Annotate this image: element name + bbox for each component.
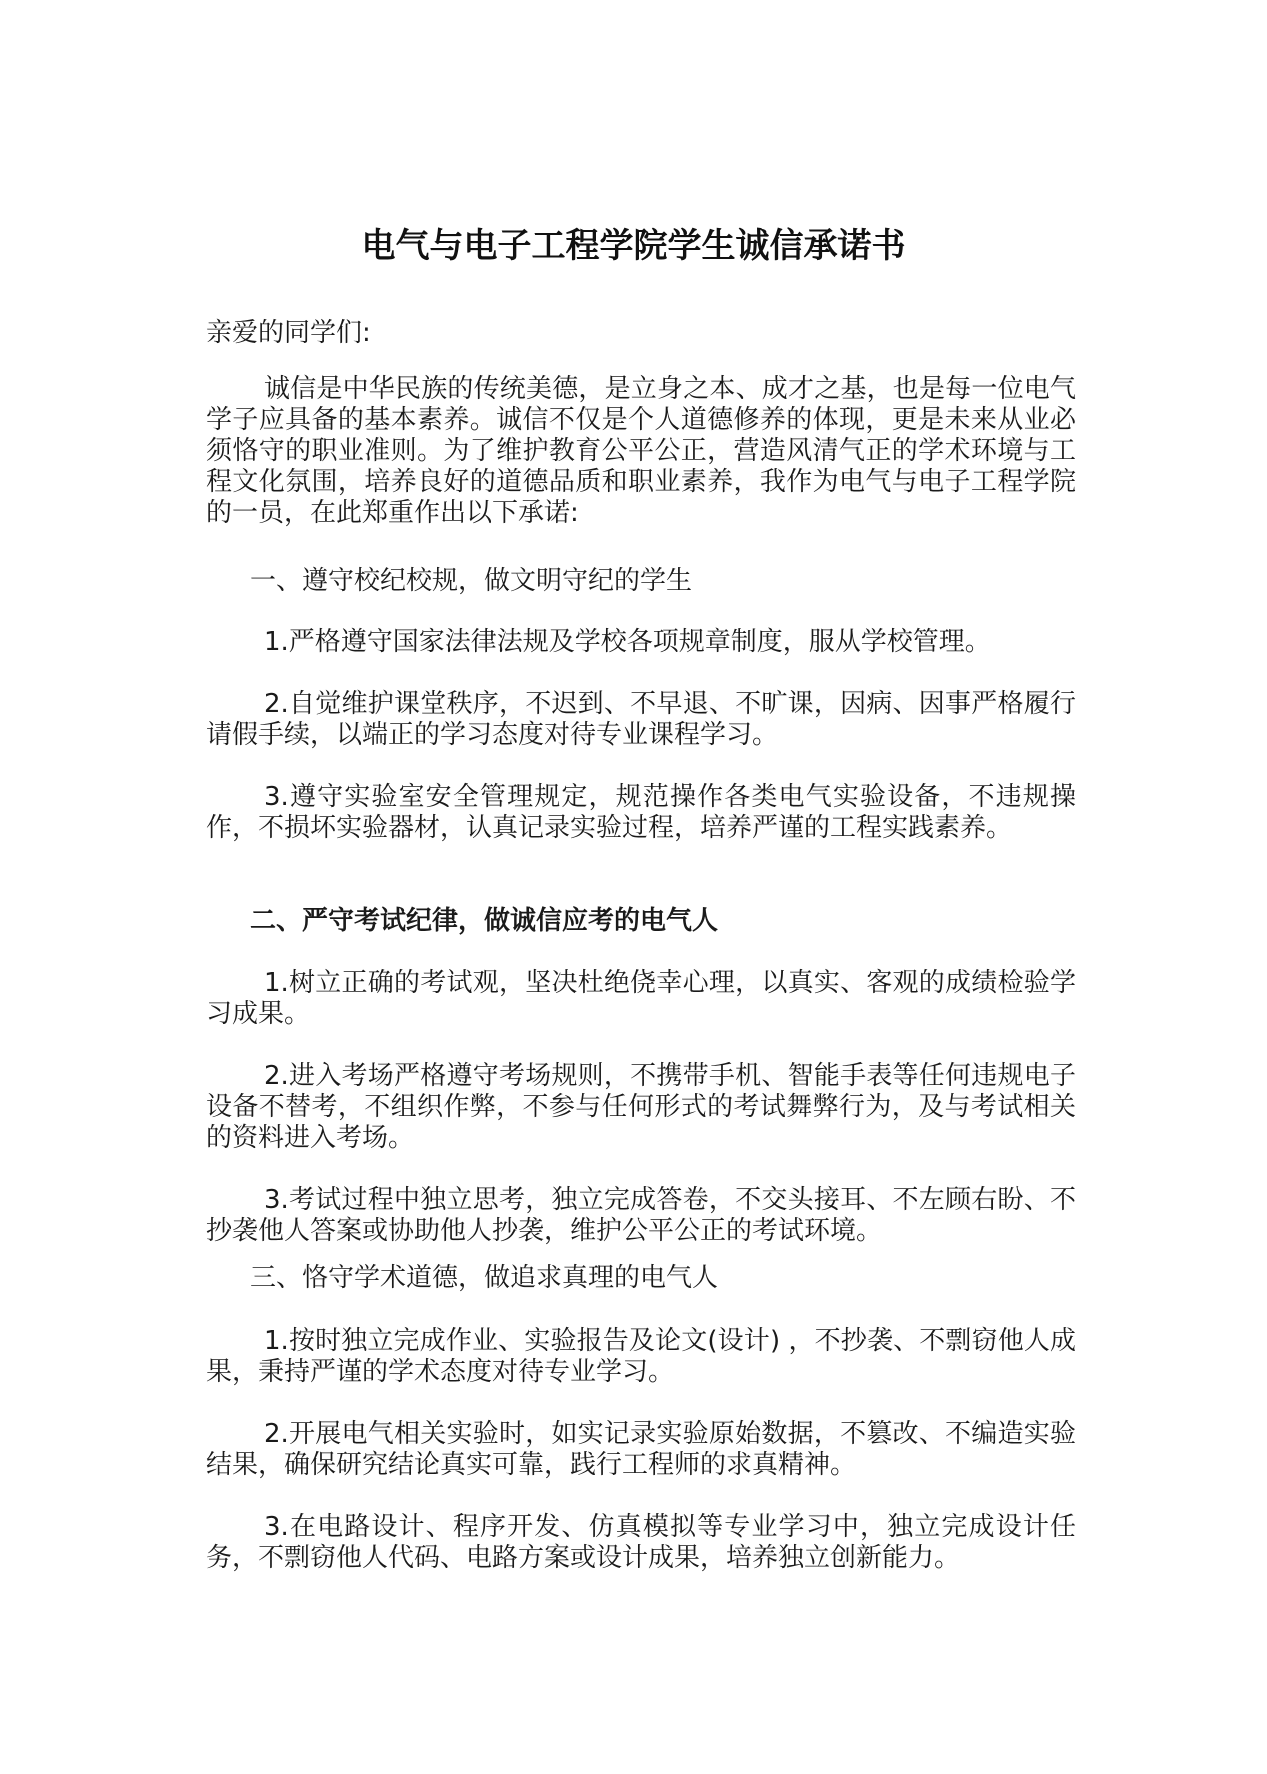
section-2-item-3: 3.考试过程中独立思考，独立完成答卷，不交头接耳、不左顾右盼、不抄袭他人答案或协…	[206, 1185, 1076, 1247]
document-page: 电气与电子工程学院学生诚信承诺书 亲爱的同学们: 诚信是中华民族的传统美德，是立…	[0, 0, 1267, 1774]
section-3-item-3: 3.在电路设计、程序开发、仿真模拟等专业学习中，独立完成设计任务，不剽窃他人代码…	[206, 1512, 1076, 1574]
section-heading-3: 三、恪守学术道德，做追求真理的电气人	[206, 1263, 1120, 1294]
document-title: 电气与电子工程学院学生诚信承诺书	[0, 218, 1267, 267]
section-2-item-1: 1.树立正确的考试观，坚决杜绝侥幸心理，以真实、客观的成绩检验学习成果。	[206, 968, 1076, 1030]
section-3-item-1: 1.按时独立完成作业、实验报告及论文(设计) ，不抄袭、不剽窃他人成果，秉持严谨…	[206, 1326, 1076, 1388]
salutation: 亲爱的同学们:	[206, 318, 1076, 349]
section-3-item-2: 2.开展电气相关实验时，如实记录实验原始数据，不篡改、不编造实验结果，确保研究结…	[206, 1419, 1076, 1481]
section-heading-1: 一、遵守校纪校规，做文明守纪的学生	[206, 566, 1120, 597]
section-heading-2: 二、严守考试纪律，做诚信应考的电气人	[206, 906, 1120, 937]
section-1-item-3: 3.遵守实验室安全管理规定，规范操作各类电气实验设备，不违规操作，不损坏实验器材…	[206, 782, 1076, 844]
section-1-item-1: 1.严格遵守国家法律法规及学校各项规章制度，服从学校管理。	[206, 627, 1076, 658]
section-1-item-2: 2.自觉维护课堂秩序，不迟到、不早退、不旷课，因病、因事严格履行请假手续，以端正…	[206, 689, 1076, 751]
intro-paragraph: 诚信是中华民族的传统美德，是立身之本、成才之基，也是每一位电气学子应具备的基本素…	[206, 374, 1076, 529]
section-2-item-2: 2.进入考场严格遵守考场规则，不携带手机、智能手表等任何违规电子设备不替考，不组…	[206, 1061, 1076, 1154]
